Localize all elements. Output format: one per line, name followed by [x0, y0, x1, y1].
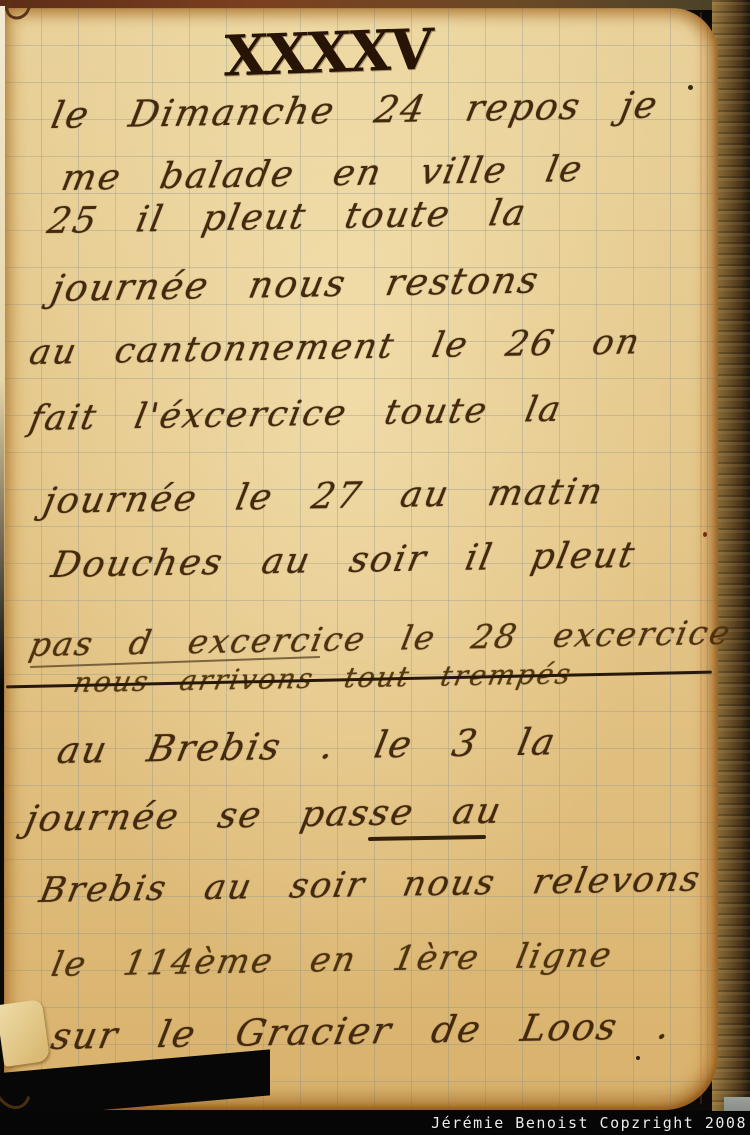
handwritten-line: 25 il pleut toute la: [44, 193, 531, 242]
chapter-number-heading: XXXXV: [223, 16, 432, 89]
margin-line: [700, 12, 702, 1104]
diary-scan-photo: XXXXV le Dimanche 24 repos je me balade …: [0, 0, 750, 1135]
ink-speck: [636, 1056, 640, 1060]
handwritten-line: journée nous restons: [48, 259, 544, 310]
page-left-edge: [0, 6, 5, 686]
handwritten-line: journée se passe au: [22, 791, 506, 840]
ink-speck: [688, 85, 693, 90]
copyright-watermark: Jérémie Benoist Copzright 2008: [431, 1114, 747, 1132]
handwritten-line: au Brebis . le 3 la: [54, 720, 561, 772]
ink-speck: [703, 532, 707, 537]
